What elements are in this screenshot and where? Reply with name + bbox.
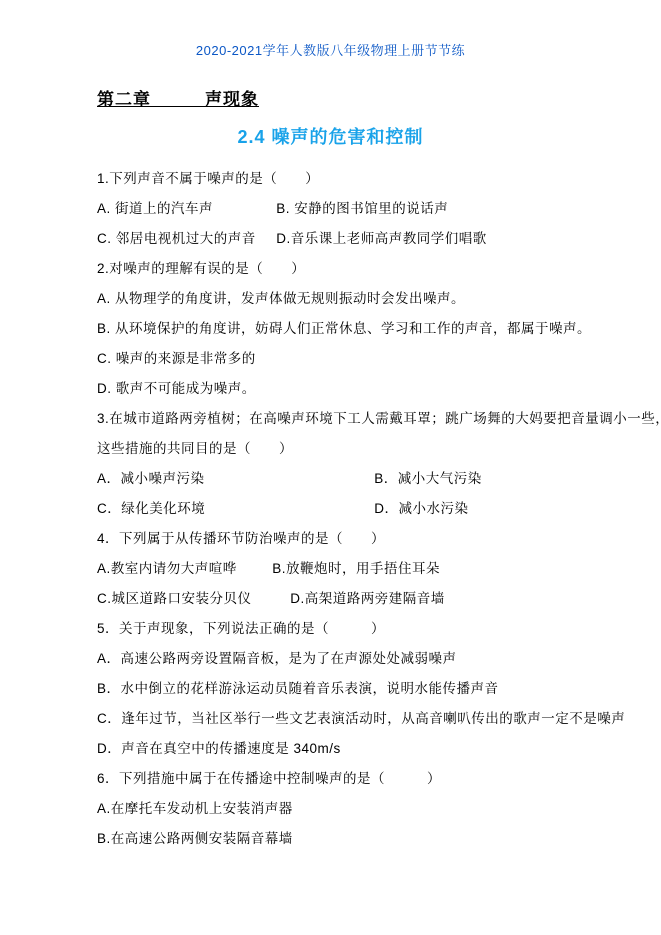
question-6-option-b: B.在高速公路两侧安装隔音幕墙 [97, 830, 597, 848]
section-title: 2.4 噪声的危害和控制 [0, 123, 661, 149]
question-2-option-a: A. 从物理学的角度讲，发声体做无规则振动时会发出噪声。 [97, 290, 597, 308]
question-4-options-row-1: A.教室内请勿大声喧哗 B.放鞭炮时，用手捂住耳朵 [97, 560, 597, 578]
question-3-stem-line-2: 这些措施的共同目的是（ ） [97, 440, 597, 458]
question-1-options-row-1: A. 街道上的汽车声 B. 安静的图书馆里的说话声 [97, 200, 597, 218]
document-header: 2020-2021学年人教版八年级物理上册节节练 [0, 40, 661, 59]
question-3-option-b: B．减小大气污染 [374, 470, 482, 488]
worksheet-page: 2020-2021学年人教版八年级物理上册节节练 第二章 声现象 2.4 噪声的… [0, 0, 661, 935]
question-4-option-b: B.放鞭炮时，用手捂住耳朵 [272, 560, 440, 578]
question-5-option-c: C．逢年过节，当社区举行一些文艺表演活动时，从高音喇叭传出的歌声一定不是噪声 [97, 710, 597, 728]
question-5-option-d: D．声音在真空中的传播速度是 340m/s [97, 740, 597, 758]
question-1-option-a: A. 街道上的汽车声 [97, 200, 272, 218]
question-3-options-row-2: C．绿化美化环境 D．减小水污染 [97, 500, 597, 518]
question-4-option-d: D.高架道路两旁建隔音墙 [290, 590, 445, 608]
question-1-option-b: B. 安静的图书馆里的说话声 [276, 200, 448, 218]
question-4-option-c: C.城区道路口安装分贝仪 [97, 590, 286, 608]
question-6-option-a: A.在摩托车发动机上安装消声器 [97, 800, 597, 818]
question-2-option-c: C. 噪声的来源是非常多的 [97, 350, 597, 368]
question-1-stem: 1.下列声音不属于噪声的是（ ） [97, 170, 597, 188]
chapter-title: 第二章 声现象 [97, 85, 259, 110]
question-6-stem: 6．下列措施中属于在传播途中控制噪声的是（ ） [97, 770, 597, 788]
question-1-options-row-2: C. 邻居电视机过大的声音 D.音乐课上老师高声教同学们唱歌 [97, 230, 597, 248]
question-4-options-row-2: C.城区道路口安装分贝仪 D.高架道路两旁建隔音墙 [97, 590, 597, 608]
questions-content: 1.下列声音不属于噪声的是（ ） A. 街道上的汽车声 B. 安静的图书馆里的说… [97, 170, 597, 860]
question-2-option-b: B. 从环境保护的角度讲，妨碍人们正常休息、学习和工作的声音，都属于噪声。 [97, 320, 597, 338]
question-3-options-row-1: A．减小噪声污染 B．减小大气污染 [97, 470, 597, 488]
question-3-option-c: C．绿化美化环境 [97, 500, 370, 518]
question-5-option-a: A．高速公路两旁设置隔音板，是为了在声源处处减弱噪声 [97, 650, 597, 668]
question-2-stem: 2.对噪声的理解有误的是（ ） [97, 260, 597, 278]
question-4-option-a: A.教室内请勿大声喧哗 [97, 560, 268, 578]
question-1-option-d: D.音乐课上老师高声教同学们唱歌 [276, 230, 487, 248]
question-3-option-a: A．减小噪声污染 [97, 470, 370, 488]
question-5-option-b: B．水中倒立的花样游泳运动员随着音乐表演，说明水能传播声音 [97, 680, 597, 698]
question-4-stem: 4．下列属于从传播环节防治噪声的是（ ） [97, 530, 597, 548]
question-3-stem-line-1: 3.在城市道路两旁植树；在高噪声环境下工人需戴耳罩；跳广场舞的大妈要把音量调小一… [97, 410, 597, 428]
question-2-option-d: D. 歌声不可能成为噪声。 [97, 380, 597, 398]
question-5-stem: 5．关于声现象，下列说法正确的是（ ） [97, 620, 597, 638]
question-3-option-d: D．减小水污染 [374, 500, 468, 518]
question-1-option-c: C. 邻居电视机过大的声音 [97, 230, 272, 248]
